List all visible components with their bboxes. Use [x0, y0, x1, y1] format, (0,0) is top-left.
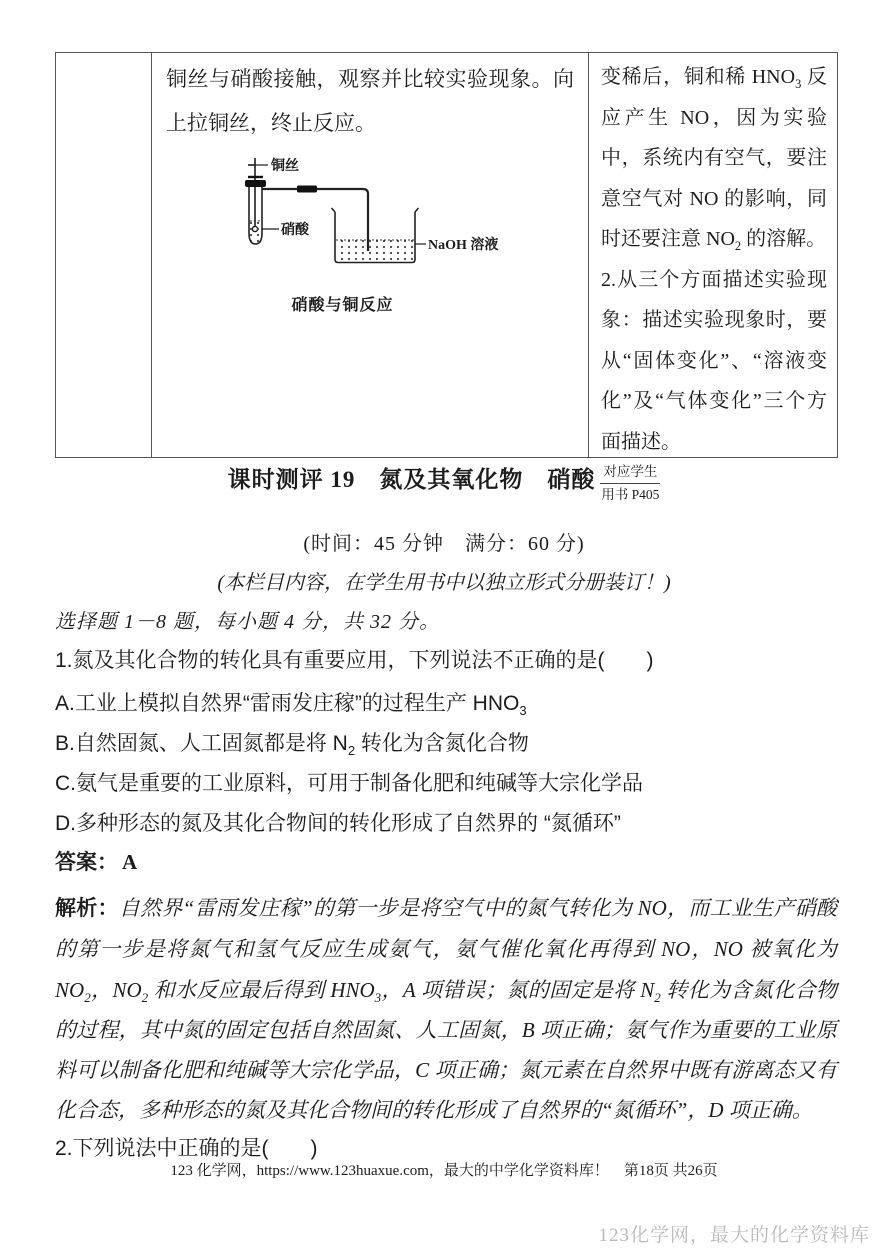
option-d: D.多种形态的氮及其化合物间的转化形成了自然界的 “氮循环”	[55, 804, 838, 844]
lesson-title-row: 课时测评 19 氮及其氧化物 硝酸对应学生用书 P405	[0, 461, 888, 504]
beaker-spout-left	[332, 208, 336, 212]
question-1-options: A.工业上模拟自然界“雷雨发庄稼”的过程生产 HNO3 B.自然固氮、人工固氮都…	[55, 684, 838, 844]
answer-line: 答案：A	[55, 846, 137, 876]
question-1-stem: 1.氮及其化合物的转化具有重要应用，下列说法不正确的是( )	[55, 644, 838, 674]
page-footer: 123 化学网，https://www.123huaxue.com，最大的中学化…	[0, 1159, 888, 1180]
naoh-solution-label: NaOH 溶液	[428, 236, 498, 253]
answer-value: A	[122, 850, 137, 874]
student-book-ref: 对应学生用书 P405	[600, 462, 660, 504]
analysis-label: 解析：	[55, 897, 119, 920]
table-cell-experiment: 铜丝与硝酸接触，观察并比较实验现象。向上拉铜丝，终止反应。	[152, 53, 589, 457]
diagram-caption: 硝酸与铜反应	[235, 292, 505, 315]
document-page: 铜丝与硝酸接触，观察并比较实验现象。向上拉铜丝，终止反应。	[0, 0, 888, 1255]
lesson-title: 课时测评 19 氮及其氧化物 硝酸	[228, 467, 596, 492]
experiment-table: 铜丝与硝酸接触，观察并比较实验现象。向上拉铜丝，终止反应。	[55, 52, 838, 458]
section-instructions: 选择题 1－8 题，每小题 4 分，共 32 分。	[55, 605, 440, 634]
time-score-line: (时间：45 分钟 满分：60 分)	[0, 527, 888, 556]
copper-wire-label: 铜丝	[270, 157, 299, 174]
option-c: C.氨气是重要的工业原料，可用于制备化肥和纯碱等大宗化学品	[55, 764, 838, 804]
analysis-text: 自然界“雷雨发庄稼”的第一步是将空气中的氮气转化为 NO，而工业生产硝酸的第一步…	[55, 896, 837, 1122]
beaker-spout-right	[415, 208, 419, 212]
question-2-stem: 2.下列说法中正确的是( )	[55, 1132, 838, 1162]
test-tube-liquid	[250, 221, 261, 243]
option-b: B.自然固氮、人工固氮都是将 N2 转化为含氮化合物	[55, 724, 838, 764]
apparatus-drawing: 铜丝 硝酸 NaOH 溶液	[235, 155, 505, 285]
binding-note: (本栏目内容，在学生用书中以独立形式分册装订！)	[0, 566, 888, 595]
beaker-liquid	[336, 240, 414, 262]
stopper	[245, 180, 266, 187]
answer-label: 答案：	[55, 851, 118, 874]
experiment-diagram: 铜丝 硝酸 NaOH 溶液 硝酸与铜反应	[235, 155, 505, 315]
table-cell-empty	[56, 53, 152, 457]
watermark: 123化学网，最大的化学资料库	[598, 1220, 870, 1247]
analysis-paragraph: 解析：自然界“雷雨发庄稼”的第一步是将空气中的氮气转化为 NO，而工业生产硝酸的…	[55, 888, 837, 1131]
table-cell-notes: 变稀后，铜和稀 HNO3 反应产生 NO，因为实验中，系统内有空气，要注意空气对…	[589, 53, 837, 457]
nitric-acid-label: 硝酸	[280, 221, 310, 238]
tube-valve	[297, 186, 317, 193]
student-book-ref-top: 对应学生	[600, 462, 660, 484]
experiment-step-text: 铜丝与硝酸接触，观察并比较实验现象。向上拉铜丝，终止反应。	[166, 57, 574, 145]
note-paragraph-1: 变稀后，铜和稀 HNO3 反应产生 NO，因为实验中，系统内有空气，要注意空气对…	[601, 57, 827, 260]
option-a: A.工业上模拟自然界“雷雨发庄稼”的过程生产 HNO3	[55, 684, 838, 724]
student-book-ref-bottom: 用书 P405	[600, 484, 660, 505]
note-paragraph-2: 2.从三个方面描述实验现象：描述实验现象时，要从“固体变化”、“溶液变化”及“气…	[601, 260, 827, 458]
